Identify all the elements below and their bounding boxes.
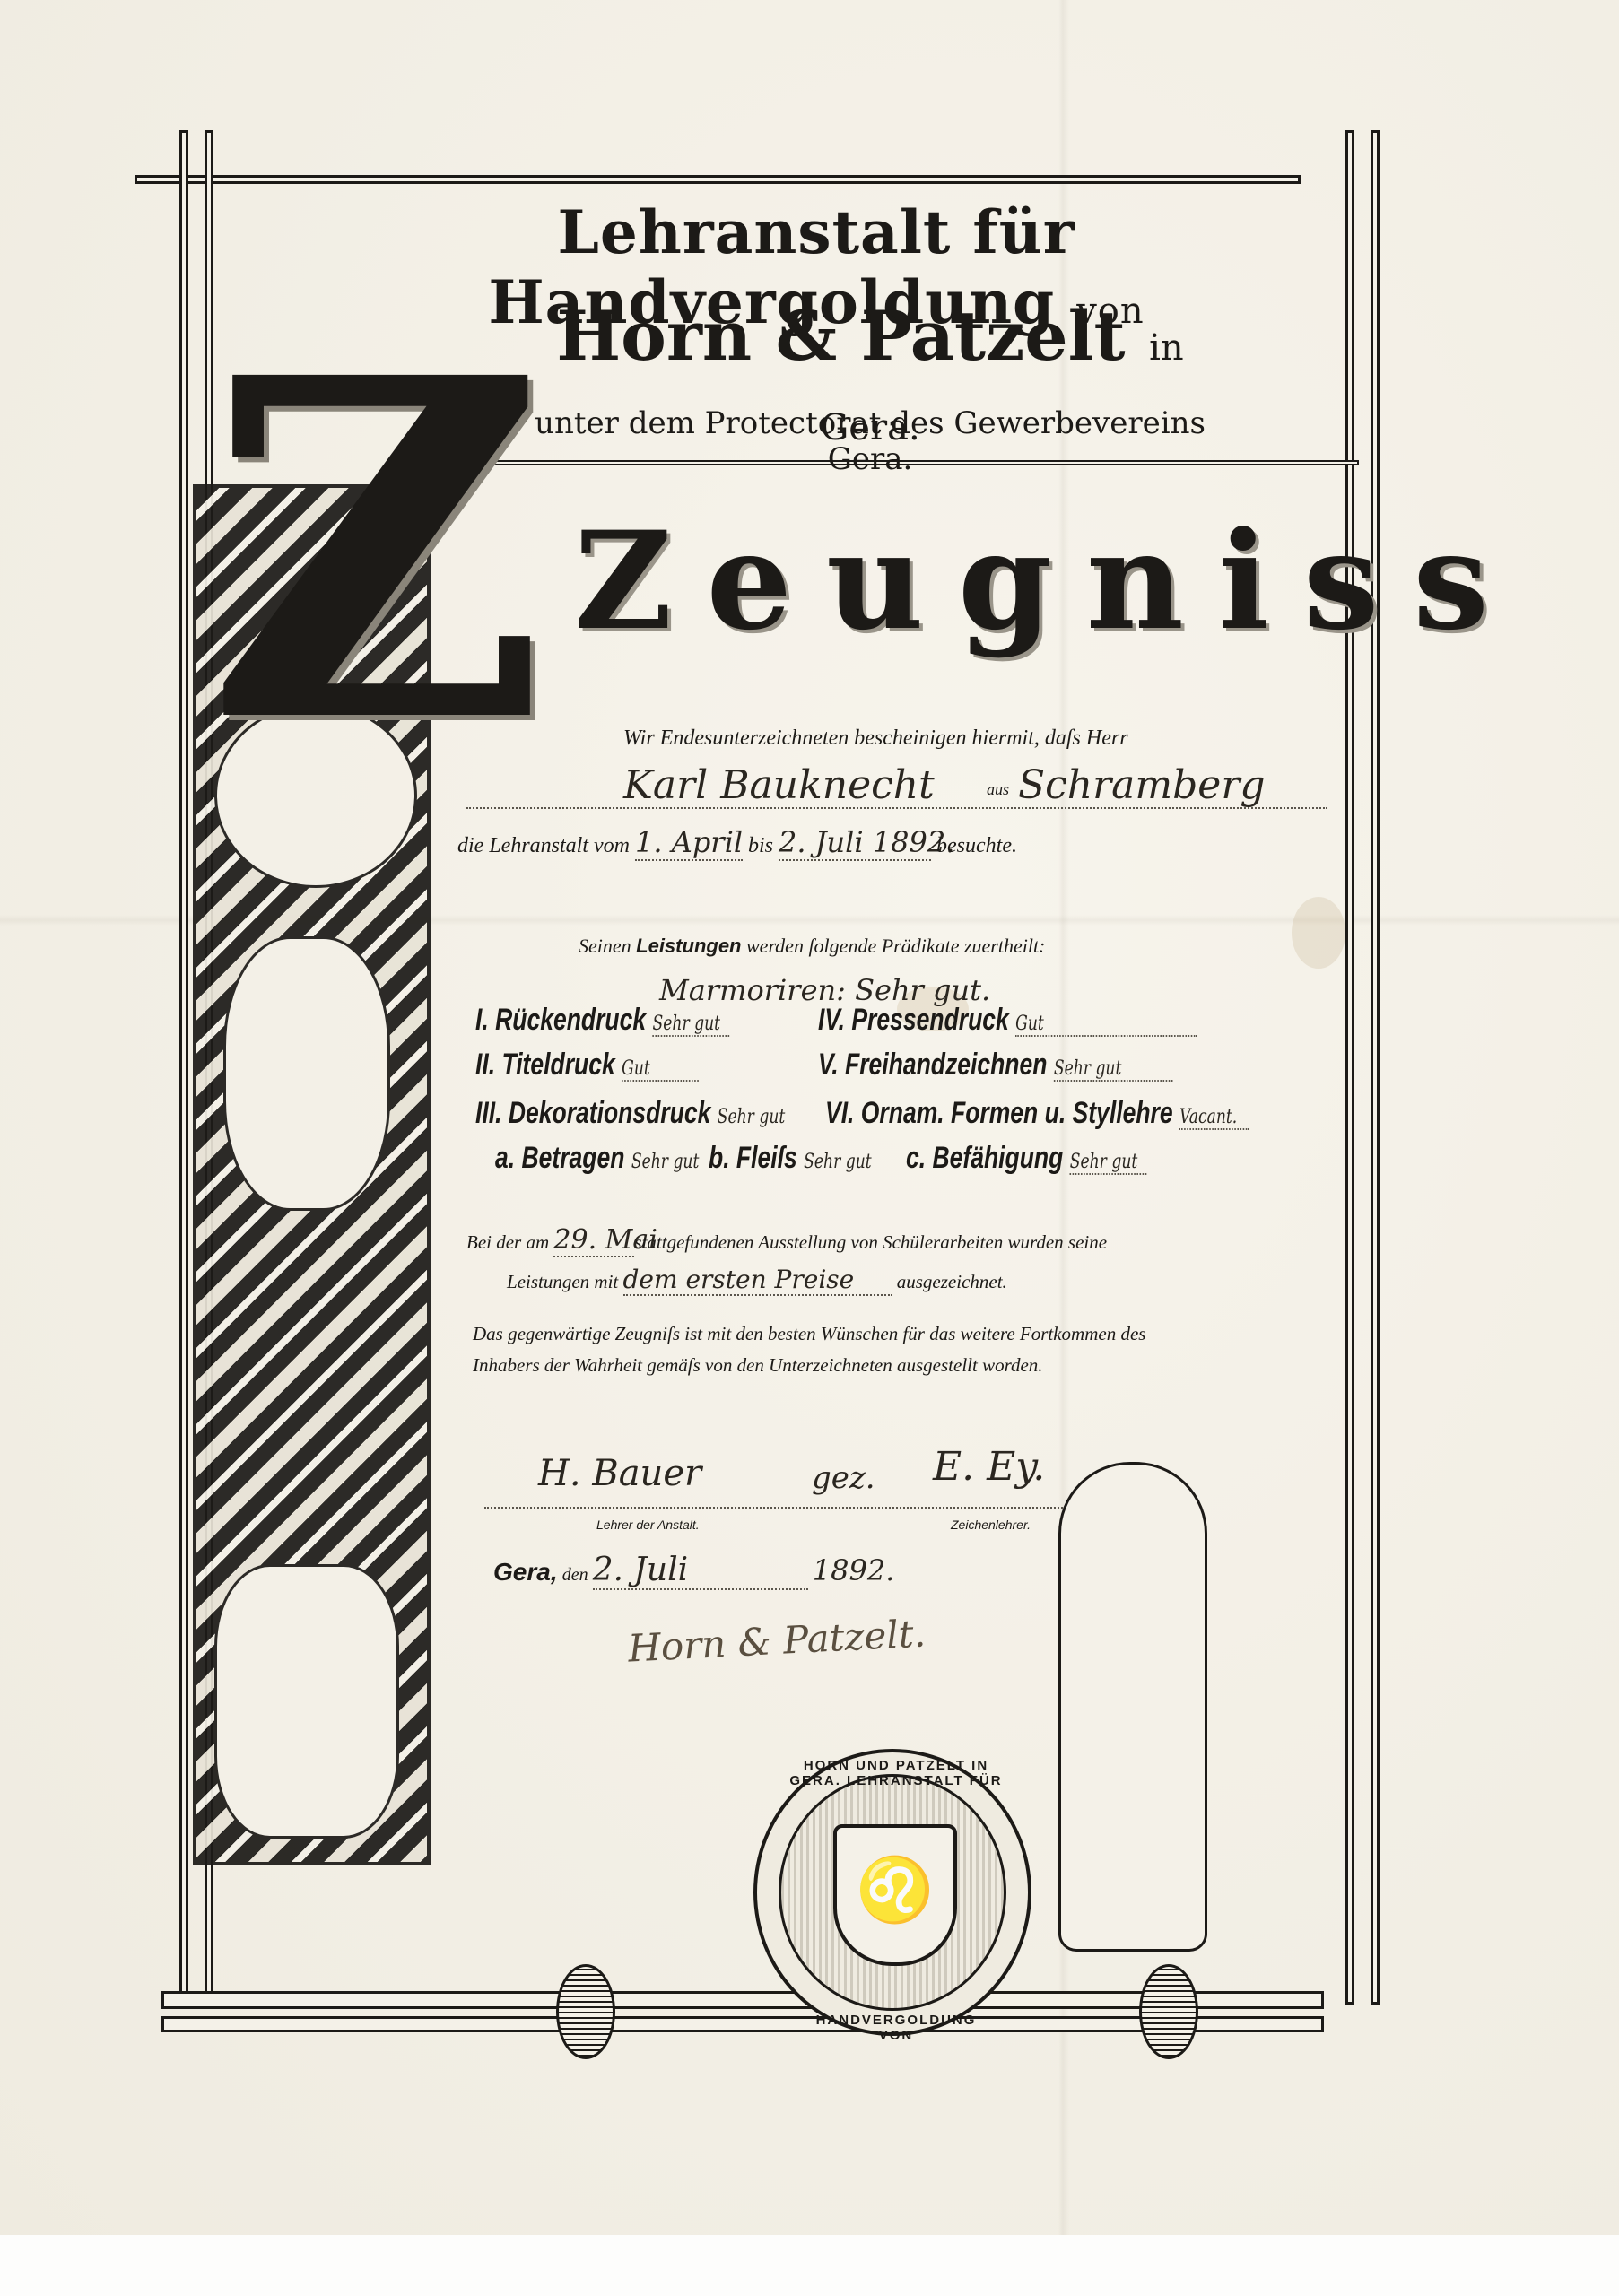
lion-icon: ♌ [837,1853,953,1927]
student-line: Karl Bauknecht aus Schramberg [466,762,1327,809]
grade-value: Sehr gut [804,1151,872,1173]
figure-vignette [223,936,390,1211]
grades-intro-b: Leistungen [636,935,741,957]
signature-line: H. Bauer gez. E. Ey. [484,1435,1148,1509]
grade-value: Sehr gut [1070,1151,1147,1175]
certificate-title: Zeugniss [574,502,1274,660]
attendance-to: 2. Juli 1892. [779,825,931,861]
teacher-label: Lehrer der Anstalt. [596,1518,700,1532]
frame-top-bar [135,175,1301,184]
exhibition-line2-prefix: Leistungen mit [507,1271,618,1292]
exhibition-line2-suffix: ausgezeichnet. [897,1271,1007,1292]
seal-ring-text-bottom: HANDVERGOLDUNG VON [811,2013,981,2043]
place-date-line: Gera, den 2. Juli 1892. [493,1552,894,1590]
issue-year: 1892. [813,1553,895,1587]
paper-stain [1292,897,1345,969]
grade-label: III. Dekorationsdruck [475,1096,710,1130]
grade-value: Sehr gut [718,1106,786,1128]
exhibition-prefix: Bei der am [466,1231,549,1253]
grade-row: V. Freihandzeichnen Sehr gut [818,1048,1172,1083]
grade-label: II. Titeldruck [475,1048,615,1082]
exhibition-line-1: Bei der am 29. Maistattgefundenen Ausste… [466,1224,1107,1257]
closing-line-2: Inhabers der Wahrheit gemäſs von den Unt… [473,1354,1043,1377]
grade-label: a. Betragen [495,1141,624,1175]
grade-row: II. Titeldruck Gut [475,1048,699,1083]
firm-title: Horn & Patzelt [556,296,1125,376]
den-label: den [562,1565,588,1585]
grades-intro-c: werden folgende Prädikate zuertheilt: [746,935,1045,957]
grade-label: I. Rückendruck [475,1003,646,1037]
attendance-from: 1. April [635,825,743,861]
scroll-roll-right [1139,1964,1198,2059]
grade-value: Sehr gut [652,1013,729,1037]
student-name: Karl Bauknecht [623,762,935,808]
gez-mark: gez. [812,1460,875,1496]
grades-intro: Seinen Leistungen werden folgende Prädik… [579,935,1045,958]
exhibition-middle: stattgefundenen Ausstellung von Schülera… [634,1231,1107,1253]
seal-shield: ♌ [833,1824,957,1966]
frame-right-post [1345,130,1354,2005]
grade-value: Vacant. [1179,1106,1249,1130]
exhibition-date: 29. Mai [553,1224,634,1257]
grade-value: Sehr gut [1054,1057,1173,1082]
frame-right-post-inner [1371,130,1380,2005]
aus-label: aus [987,780,1009,799]
scroll-roll-left [556,1964,615,2059]
teacher-signature: H. Bauer [538,1453,701,1494]
grade-value: Gut [1015,1013,1197,1037]
student-origin: Schramberg [1018,762,1266,808]
frame-left-post [179,130,188,2005]
attendance-prefix: die Lehranstalt vom [457,834,630,857]
grades-intro-a: Seinen [579,935,631,957]
page-boy-illustration [1058,1462,1207,1952]
attendance-line: die Lehranstalt vom 1. April bis 2. Juli… [457,825,1017,861]
grade-label: V. Freihandzeichnen [818,1048,1047,1082]
grade-row: III. Dekorationsdruck Sehr gut [475,1096,785,1131]
institution-seal: ♌ HORN UND PATZELT IN GERA. LEHRANSTALT … [753,1749,1031,2036]
protectorate-line: unter dem Protectorat des Gewerbevereins… [502,405,1238,477]
grade-label: c. Befähigung [906,1141,1063,1175]
grade-label: VI. Ornam. Formen u. Styllehre [825,1096,1173,1130]
child-vignette [214,1564,399,1839]
attendance-suffix: besuchte. [936,834,1017,857]
grade-label: b. Fleiſs [709,1141,797,1175]
grade-row: VI. Ornam. Formen u. Styllehre Vacant. [825,1096,1249,1131]
grade-value: Sehr gut [631,1151,700,1173]
grade-row: b. Fleiſs Sehr gut [709,1141,872,1176]
exhibition-line-2: Leistungen mit dem ersten Preise ausgeze… [507,1265,1007,1296]
grade-row: c. Befähigung Sehr gut [906,1141,1147,1176]
scan-margin [0,2235,1619,2296]
drawing-teacher-label: Zeichenlehrer. [951,1518,1031,1532]
intro-text: Wir Endesunterzeichneten bescheinigen hi… [623,726,1128,751]
bis-label: bis [748,834,773,857]
grade-row: a. Betragen Sehr gut [495,1141,699,1176]
place: Gera, [493,1558,558,1586]
drawing-teacher-signature: E. Ey. [933,1444,1045,1490]
grade-row: IV. Pressendruck Gut [818,1003,1197,1038]
grade-label: IV. Pressendruck [818,1003,1009,1037]
grade-row: I. Rückendruck Sehr gut [475,1003,729,1038]
grade-value: Gut [622,1057,699,1082]
issue-date: 2. Juli [593,1552,808,1590]
seal-ring-text-top: HORN UND PATZELT IN GERA. LEHRANSTALT FÜ… [784,1758,1008,1788]
closing-line-1: Das gegenwärtige Zeugniſs ist mit den be… [473,1323,1145,1345]
exhibition-award: dem ersten Preise [623,1265,892,1296]
